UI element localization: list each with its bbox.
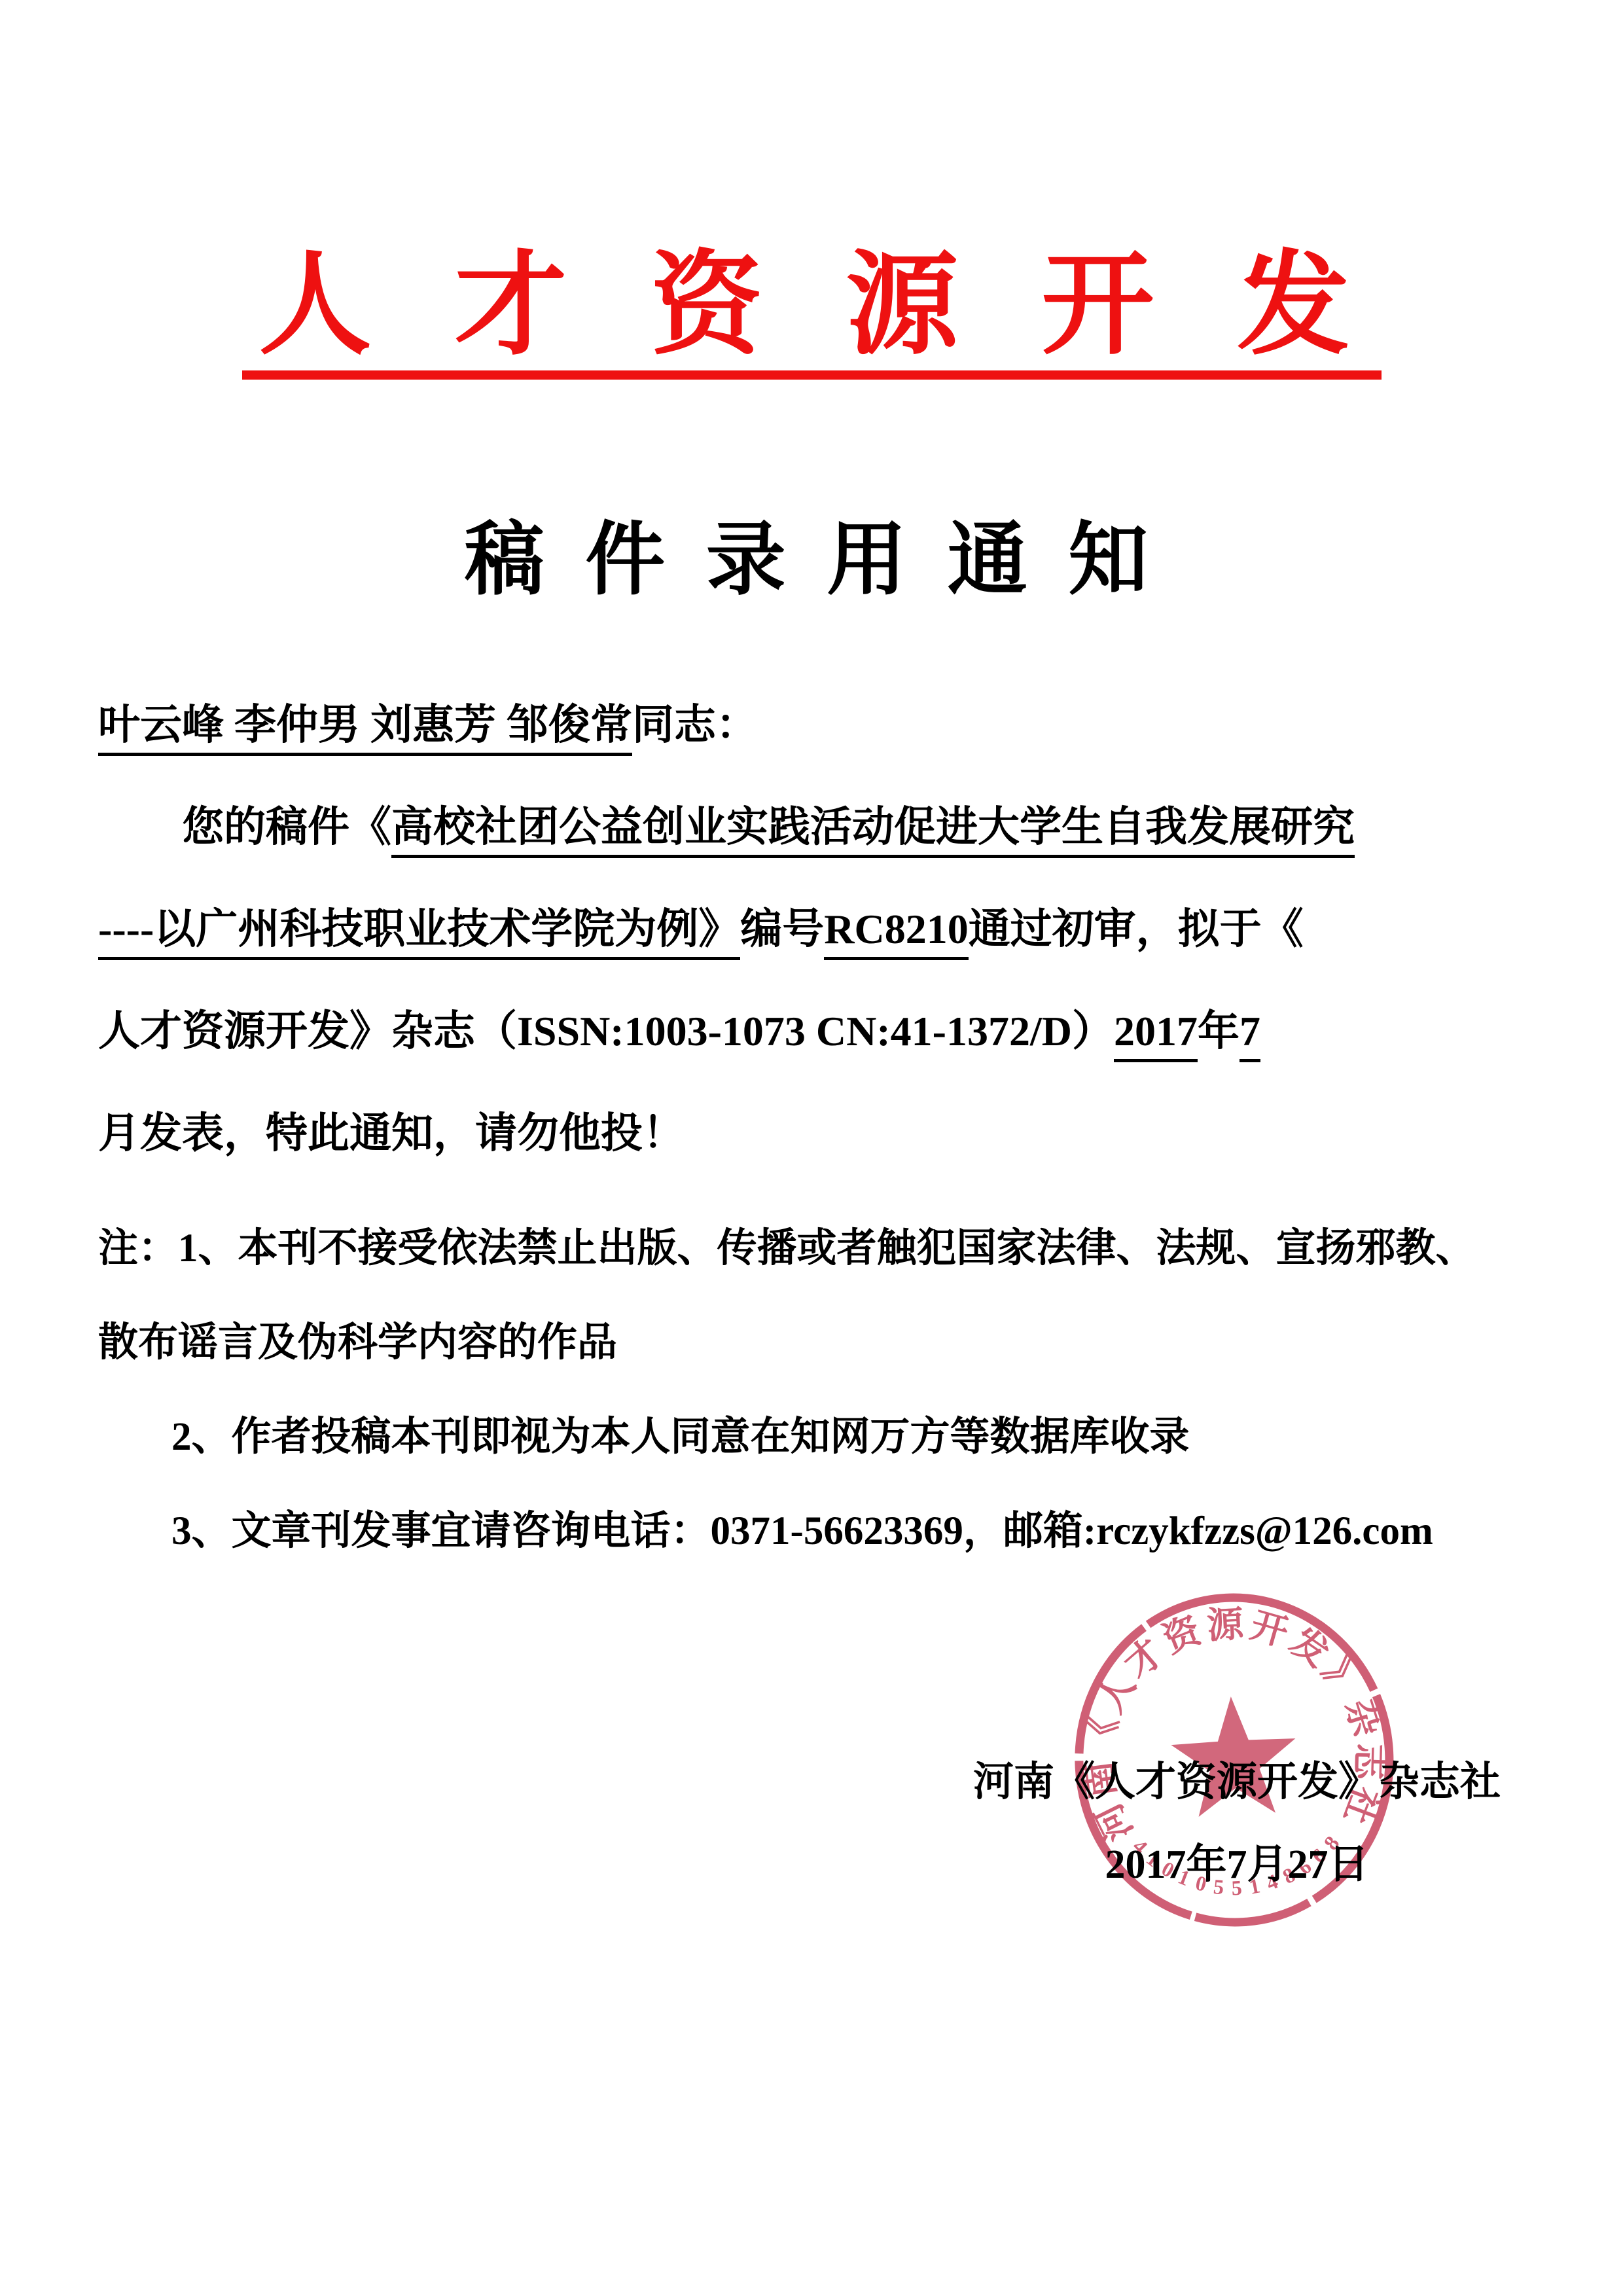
paragraph-line-2: ----以广州科技职业技术学院为例》编号RC8210通过初审，拟于《 xyxy=(98,878,1531,980)
journal-issn-text: 人才资源开发》杂志（ISSN:1003-1073 CN:41-1372/D） xyxy=(98,1008,1114,1054)
manuscript-title: 高校社团公益创业实践活动促进大学生自我发展研究 xyxy=(391,804,1355,858)
signature-date: 2017年7月27日 xyxy=(936,1831,1538,1898)
year-char: 年 xyxy=(1198,1008,1240,1054)
paragraph-line-3: 人才资源开发》杂志（ISSN:1003-1073 CN:41-1372/D）20… xyxy=(98,980,1531,1083)
paragraph-line-1: 您的稿件《高校社团公益创业实践活动促进大学生自我发展研究 xyxy=(98,776,1531,878)
journal-name-title: 人 才 资 源 开 发 xyxy=(242,243,1382,380)
notes-section: 注：1、本刊不接受依法禁止出版、传播或者触犯国家法律、法规、宣扬邪教、 散布谣言… xyxy=(98,1202,1564,1579)
publish-year: 2017 xyxy=(1114,1008,1198,1062)
review-status-text: 通过初审，拟于《 xyxy=(969,906,1304,952)
acceptance-notice-page: 人 才 资 源 开 发 稿 件 录 用 通 知 叶云峰 李仲男 刘惠芳 邹俊常同… xyxy=(0,0,1623,2296)
salutation-line: 叶云峰 李仲男 刘惠芳 邹俊常同志： xyxy=(98,674,1531,776)
note-1-line-2: 散布谣言及伪科学内容的作品 xyxy=(98,1296,1564,1390)
note-1-line-1: 注：1、本刊不接受依法禁止出版、传播或者触犯国家法律、法规、宣扬邪教、 xyxy=(98,1202,1564,1296)
paragraph-line-4: 月发表，特此通知，请勿他投！ xyxy=(98,1083,1531,1185)
note-2: 2、作者投稿本刊即视为本人同意在知网万方等数据库收录 xyxy=(98,1390,1564,1484)
note-3: 3、文章刊发事宜请咨询电话：0371-56623369，邮箱:rczykfzzs… xyxy=(98,1484,1564,1579)
letter-body: 叶云峰 李仲男 刘惠芳 邹俊常同志： 您的稿件《高校社团公益创业实践活动促进大学… xyxy=(98,674,1531,1185)
manuscript-code: RC8210 xyxy=(824,906,968,960)
manuscript-subtitle: ----以广州科技职业技术学院为例》 xyxy=(98,906,740,960)
document-title: 稿 件 录 用 通 知 xyxy=(0,512,1623,610)
recipient-names: 叶云峰 李仲男 刘惠芳 邹俊常 xyxy=(98,702,632,756)
manuscript-intro: 您的稿件《 xyxy=(182,804,391,850)
masthead: 人 才 资 源 开 发 xyxy=(0,243,1623,380)
publish-month: 7 xyxy=(1240,1008,1260,1062)
signature-organization: 河南《人才资源开发》杂志社 xyxy=(936,1749,1538,1816)
signature-block: 河南《人才资源开发》杂志社 2017年7月27日 xyxy=(936,1749,1538,1898)
salutation-suffix: 同志： xyxy=(632,702,758,748)
code-label: 编号 xyxy=(740,906,824,952)
